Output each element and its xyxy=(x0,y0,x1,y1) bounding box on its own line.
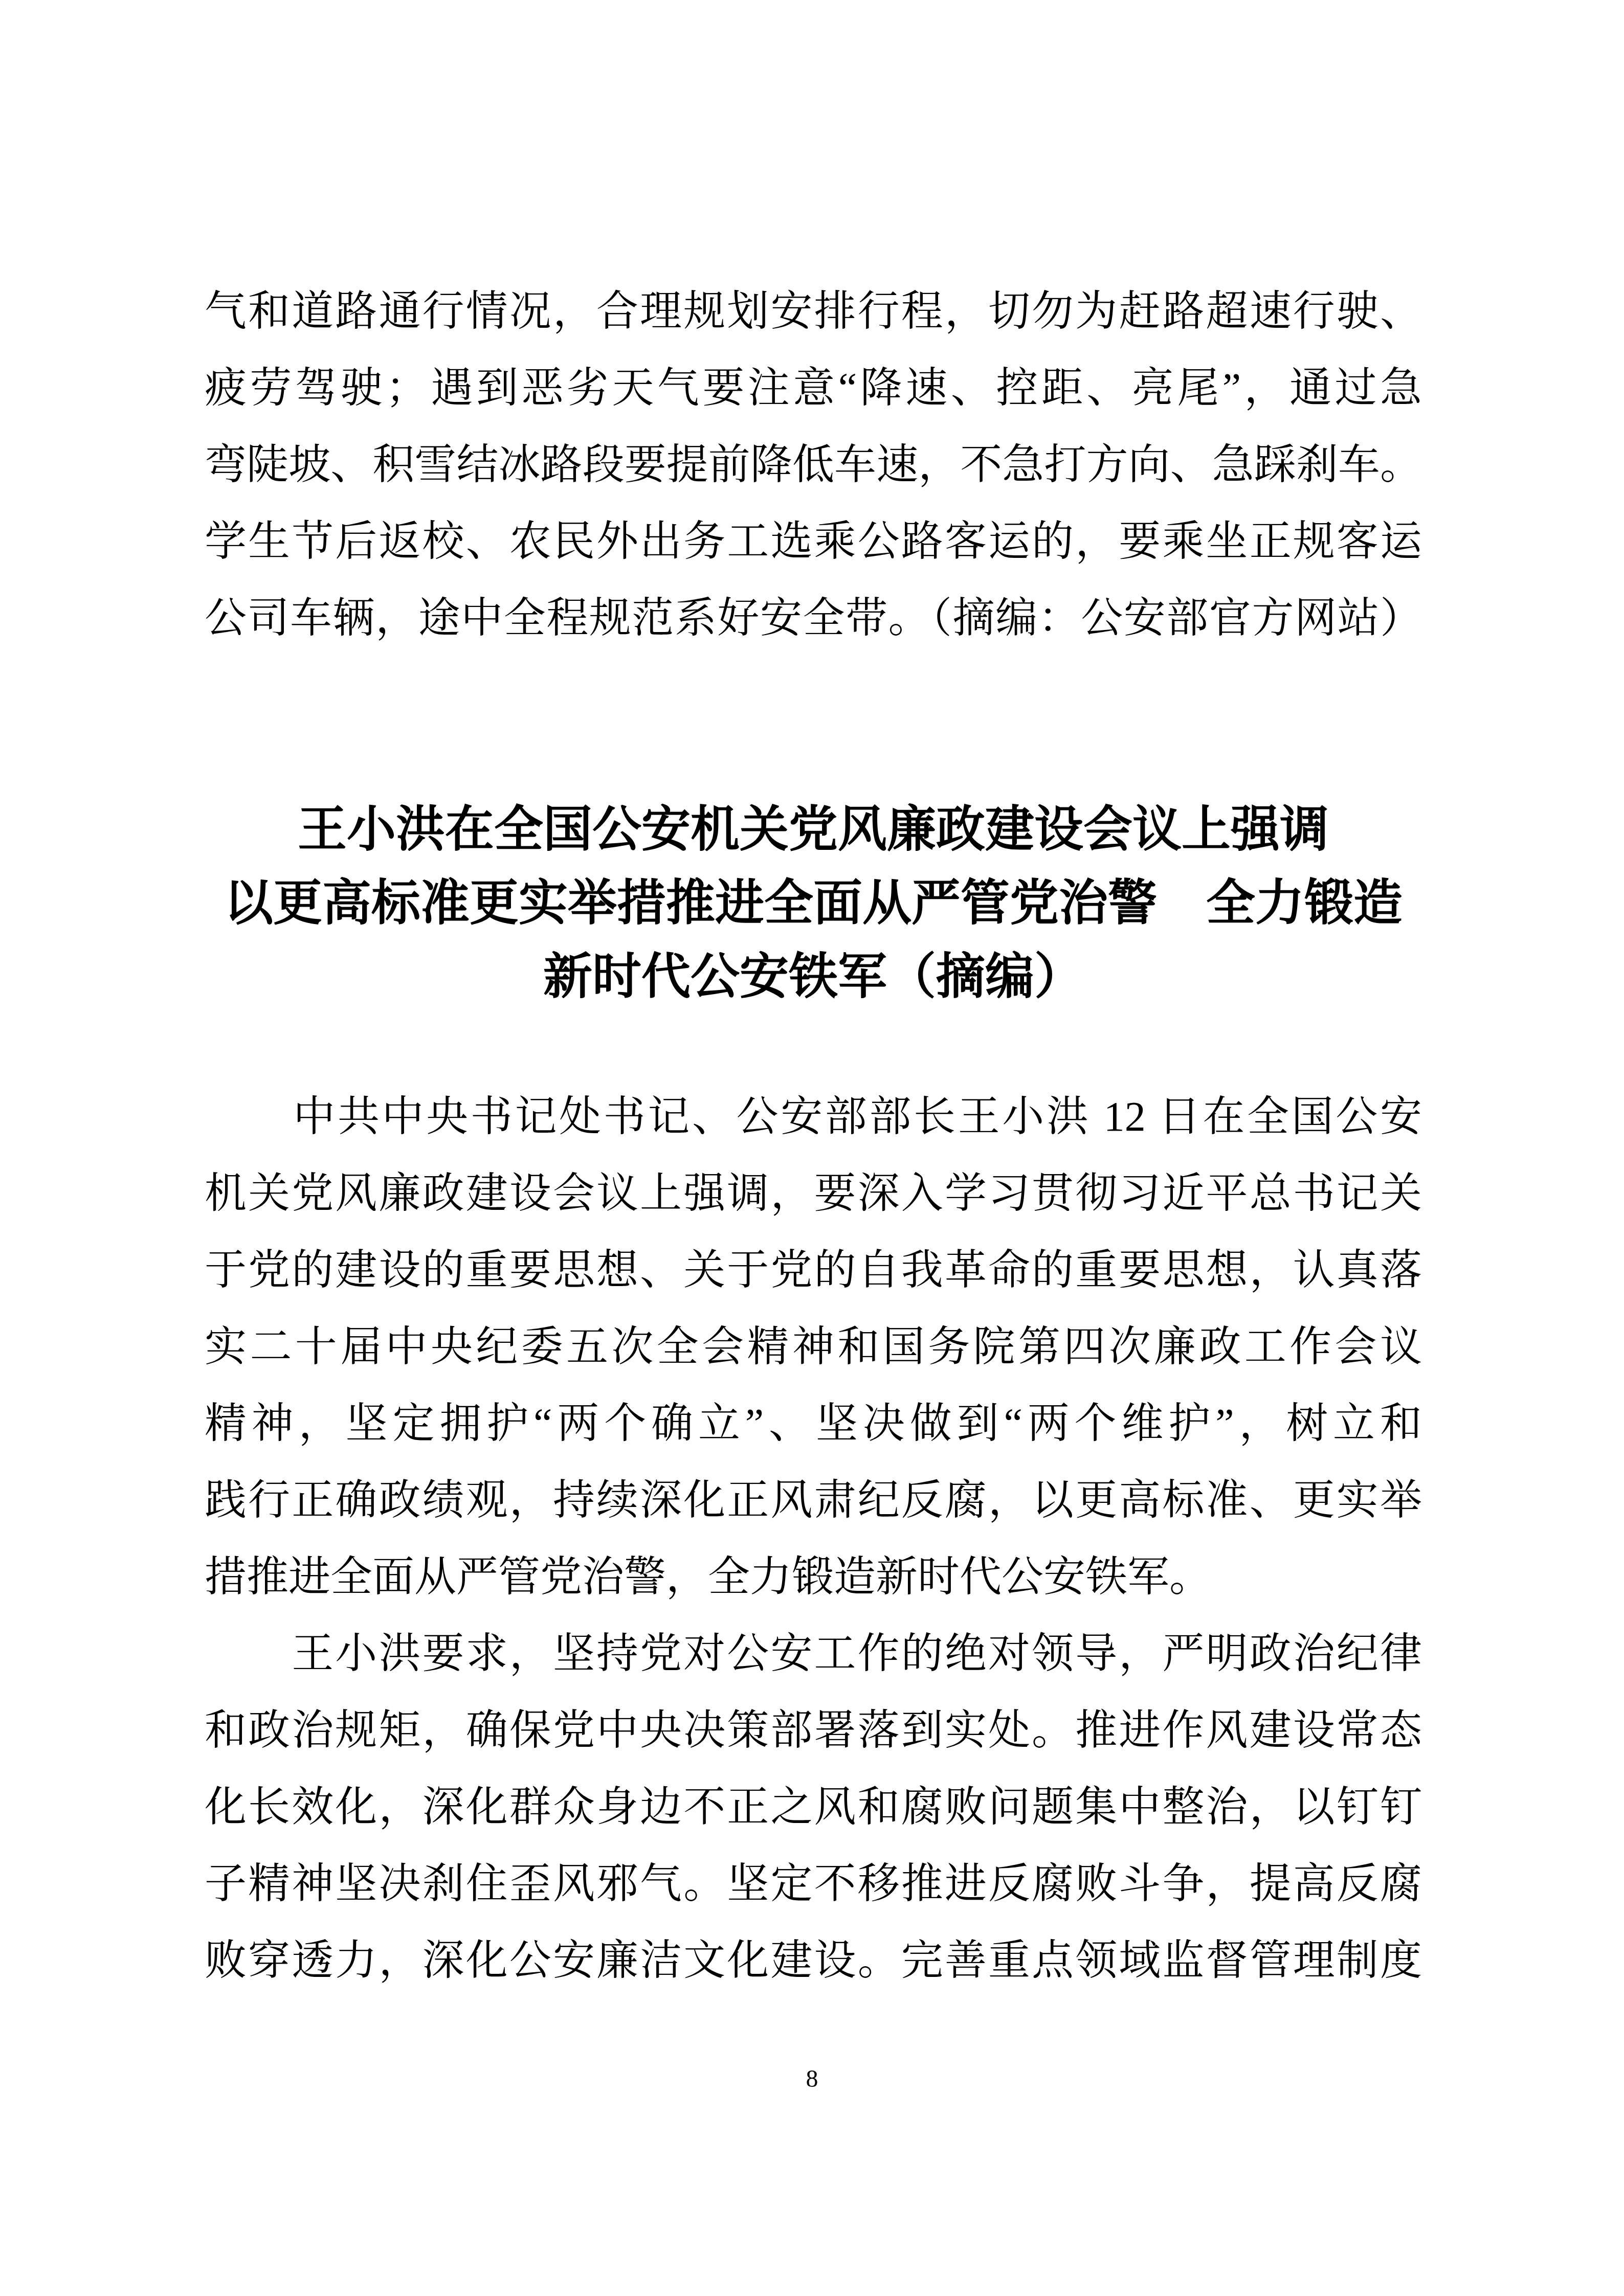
text-line: 弯陡坡、积雪结冰路段要提前降低车速，不急打方向、急踩刹车。 xyxy=(205,426,1422,503)
text-line: 实二十届中央纪委五次全会精神和国务院第四次廉政工作会议 xyxy=(205,1309,1422,1385)
text-line: 王小洪要求，坚持党对公安工作的绝对领导，严明政治纪律 xyxy=(205,1615,1422,1692)
page-number: 8 xyxy=(0,2065,1624,2094)
text-line: 精神，坚定拥护“两个确立”、坚决做到“两个维护”，树立和 xyxy=(205,1385,1422,1462)
paragraph-weather-safety: 气和道路通行情况，合理规划安排行程，切勿为赶路超速行驶、疲劳驾驶；遇到恶劣天气要… xyxy=(205,273,1422,657)
text-line: 子精神坚决刹住歪风邪气。坚定不移推进反腐败斗争，提高反腐 xyxy=(205,1845,1422,1922)
text-line: 新时代公安铁军（摘编） xyxy=(205,940,1422,1014)
text-line: 化长效化，深化群众身边不正之风和腐败问题集中整治，以钉钉 xyxy=(205,1769,1422,1845)
text-line: 气和道路通行情况，合理规划安排行程，切勿为赶路超速行驶、 xyxy=(205,273,1422,350)
text-line: 学生节后返校、农民外出务工选乘公路客运的，要乘坐正规客运 xyxy=(205,503,1422,580)
article-heading: 王小洪在全国公安机关党风廉政建设会议上强调以更高标准更实举措推进全面从严管党治警… xyxy=(205,793,1422,1014)
text-line: 措推进全面从严管党治警，全力锻造新时代公安铁军。 xyxy=(205,1539,1422,1615)
text-line: 疲劳驾驶；遇到恶劣天气要注意“降速、控距、亮尾”，通过急 xyxy=(205,350,1422,426)
text-line: 践行正确政绩观，持续深化正风肃纪反腐，以更高标准、更实举 xyxy=(205,1462,1422,1539)
text-line: 机关党风廉政建设会议上强调，要深入学习贯彻习近平总书记关 xyxy=(205,1155,1422,1232)
paragraph-requirements: 王小洪要求，坚持党对公安工作的绝对领导，严明政治纪律和政治规矩，确保党中央决策部… xyxy=(205,1615,1422,1999)
text-line: 王小洪在全国公安机关党风廉政建设会议上强调 xyxy=(205,793,1422,866)
paragraph-meeting-summary: 中共中央书记处书记、公安部部长王小洪 12 日在全国公安机关党风廉政建设会议上强… xyxy=(205,1078,1422,1615)
text-line: 于党的建设的重要思想、关于党的自我革命的重要思想，认真落 xyxy=(205,1232,1422,1309)
text-line: 败穿透力，深化公安廉洁文化建设。完善重点领域监督管理制度 xyxy=(205,1922,1422,1999)
text-line: 公司车辆，途中全程规范系好安全带。（摘编：公安部官方网站） xyxy=(205,580,1422,657)
document-page: 气和道路通行情况，合理规划安排行程，切勿为赶路超速行驶、疲劳驾驶；遇到恶劣天气要… xyxy=(0,0,1624,2296)
text-line: 中共中央书记处书记、公安部部长王小洪 12 日在全国公安 xyxy=(205,1078,1422,1155)
text-line: 和政治规矩，确保党中央决策部署落到实处。推进作风建设常态 xyxy=(205,1692,1422,1769)
text-line: 以更高标准更实举措推进全面从严管党治警 全力锻造 xyxy=(205,866,1422,940)
page-content: 气和道路通行情况，合理规划安排行程，切勿为赶路超速行驶、疲劳驾驶；遇到恶劣天气要… xyxy=(0,0,1624,1999)
